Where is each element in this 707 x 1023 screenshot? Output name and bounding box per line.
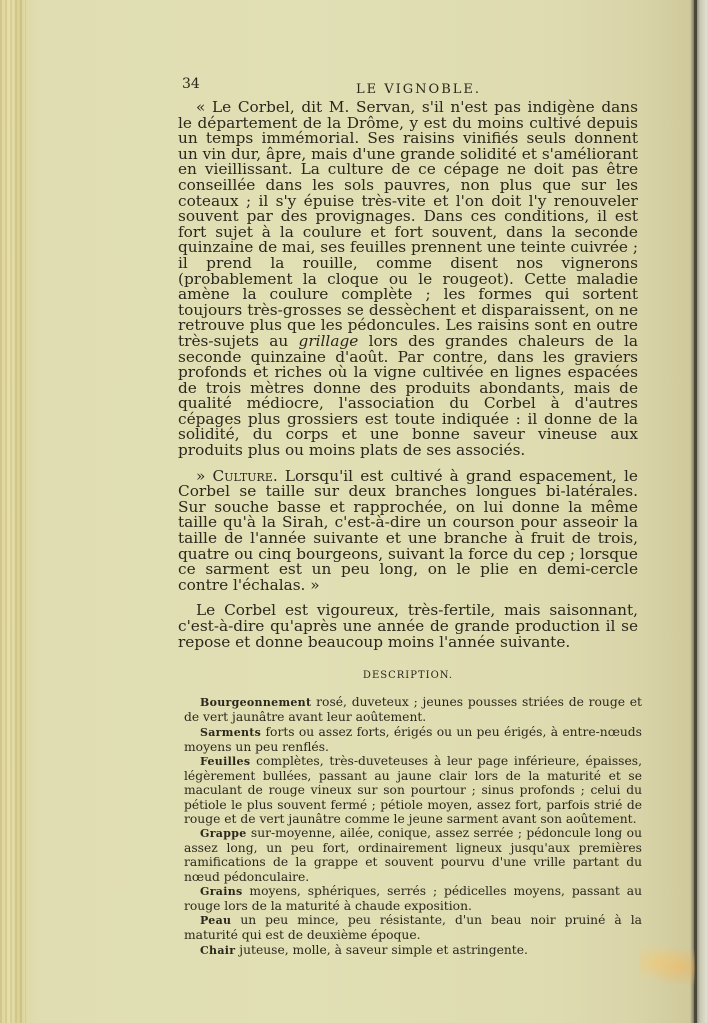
description-entry-grappe: Grappe sur-moyenne, ailée, conique, asse… <box>184 826 642 884</box>
description-term: Feuilles <box>200 755 250 768</box>
description-list: Bourgeonnement rosé, duveteux ; jeunes p… <box>184 695 642 958</box>
description-text: moyens, sphériques, serrés ; pédicelles … <box>184 884 642 913</box>
page-content: 34 LE VIGNOBLE. « Le Corbel, dit M. Serv… <box>178 76 638 958</box>
description-entry-chair: Chair juteuse, molle, à saveur simple et… <box>184 943 642 958</box>
description-text: complètes, très-duveteuses à leur page i… <box>184 754 642 826</box>
description-entry-peau: Peau un peu mince, peu résistante, d'un … <box>184 913 642 942</box>
paper-stain <box>640 940 695 985</box>
description-term: Peau <box>200 914 231 927</box>
description-term: Sarments <box>200 726 261 739</box>
paragraph-vigor: Le Corbel est vigoureux, très-fertile, m… <box>178 603 638 650</box>
paragraph-servan-quote: « Le Corbel, dit M. Servan, s'il n'est p… <box>178 100 638 459</box>
description-term: Bourgeonnement <box>200 696 311 709</box>
description-text: juteuse, molle, à saveur simple et astri… <box>235 943 528 957</box>
paragraph-text: « Le Corbel, dit M. Servan, s'il n'est p… <box>178 98 638 350</box>
description-text: sur-moyenne, ailée, conique, assez serré… <box>184 826 642 884</box>
description-text: un peu mince, peu résistante, d'un beau … <box>184 913 642 942</box>
paragraph-culture: » Culture. Lorsqu'il est cultivé à grand… <box>178 469 638 594</box>
description-heading: DESCRIPTION. <box>178 670 638 681</box>
description-term: Grains <box>200 885 243 898</box>
description-term: Chair <box>200 944 235 957</box>
running-title: LE VIGNOBLE. <box>356 82 481 97</box>
description-term: Grappe <box>200 827 247 840</box>
description-entry-bourgeonnement: Bourgeonnement rosé, duveteux ; jeunes p… <box>184 695 642 724</box>
book-page: 34 LE VIGNOBLE. « Le Corbel, dit M. Serv… <box>0 0 707 1023</box>
paragraph-text: Lorsqu'il est cultivé à grand espacement… <box>178 467 638 594</box>
page-stack-edge <box>0 0 26 1023</box>
description-entry-sarments: Sarments forts ou assez forts, érigés ou… <box>184 725 642 754</box>
book-gutter-line <box>694 0 697 1023</box>
description-entry-grains: Grains moyens, sphériques, serrés ; pédi… <box>184 884 642 913</box>
description-entry-feuilles: Feuilles complètes, très-duveteuses à le… <box>184 754 642 826</box>
page-header: 34 LE VIGNOBLE. <box>178 76 638 100</box>
paragraph-text-continued: lors des grandes chaleurs de la seconde … <box>178 332 638 459</box>
page-number: 34 <box>182 76 200 92</box>
